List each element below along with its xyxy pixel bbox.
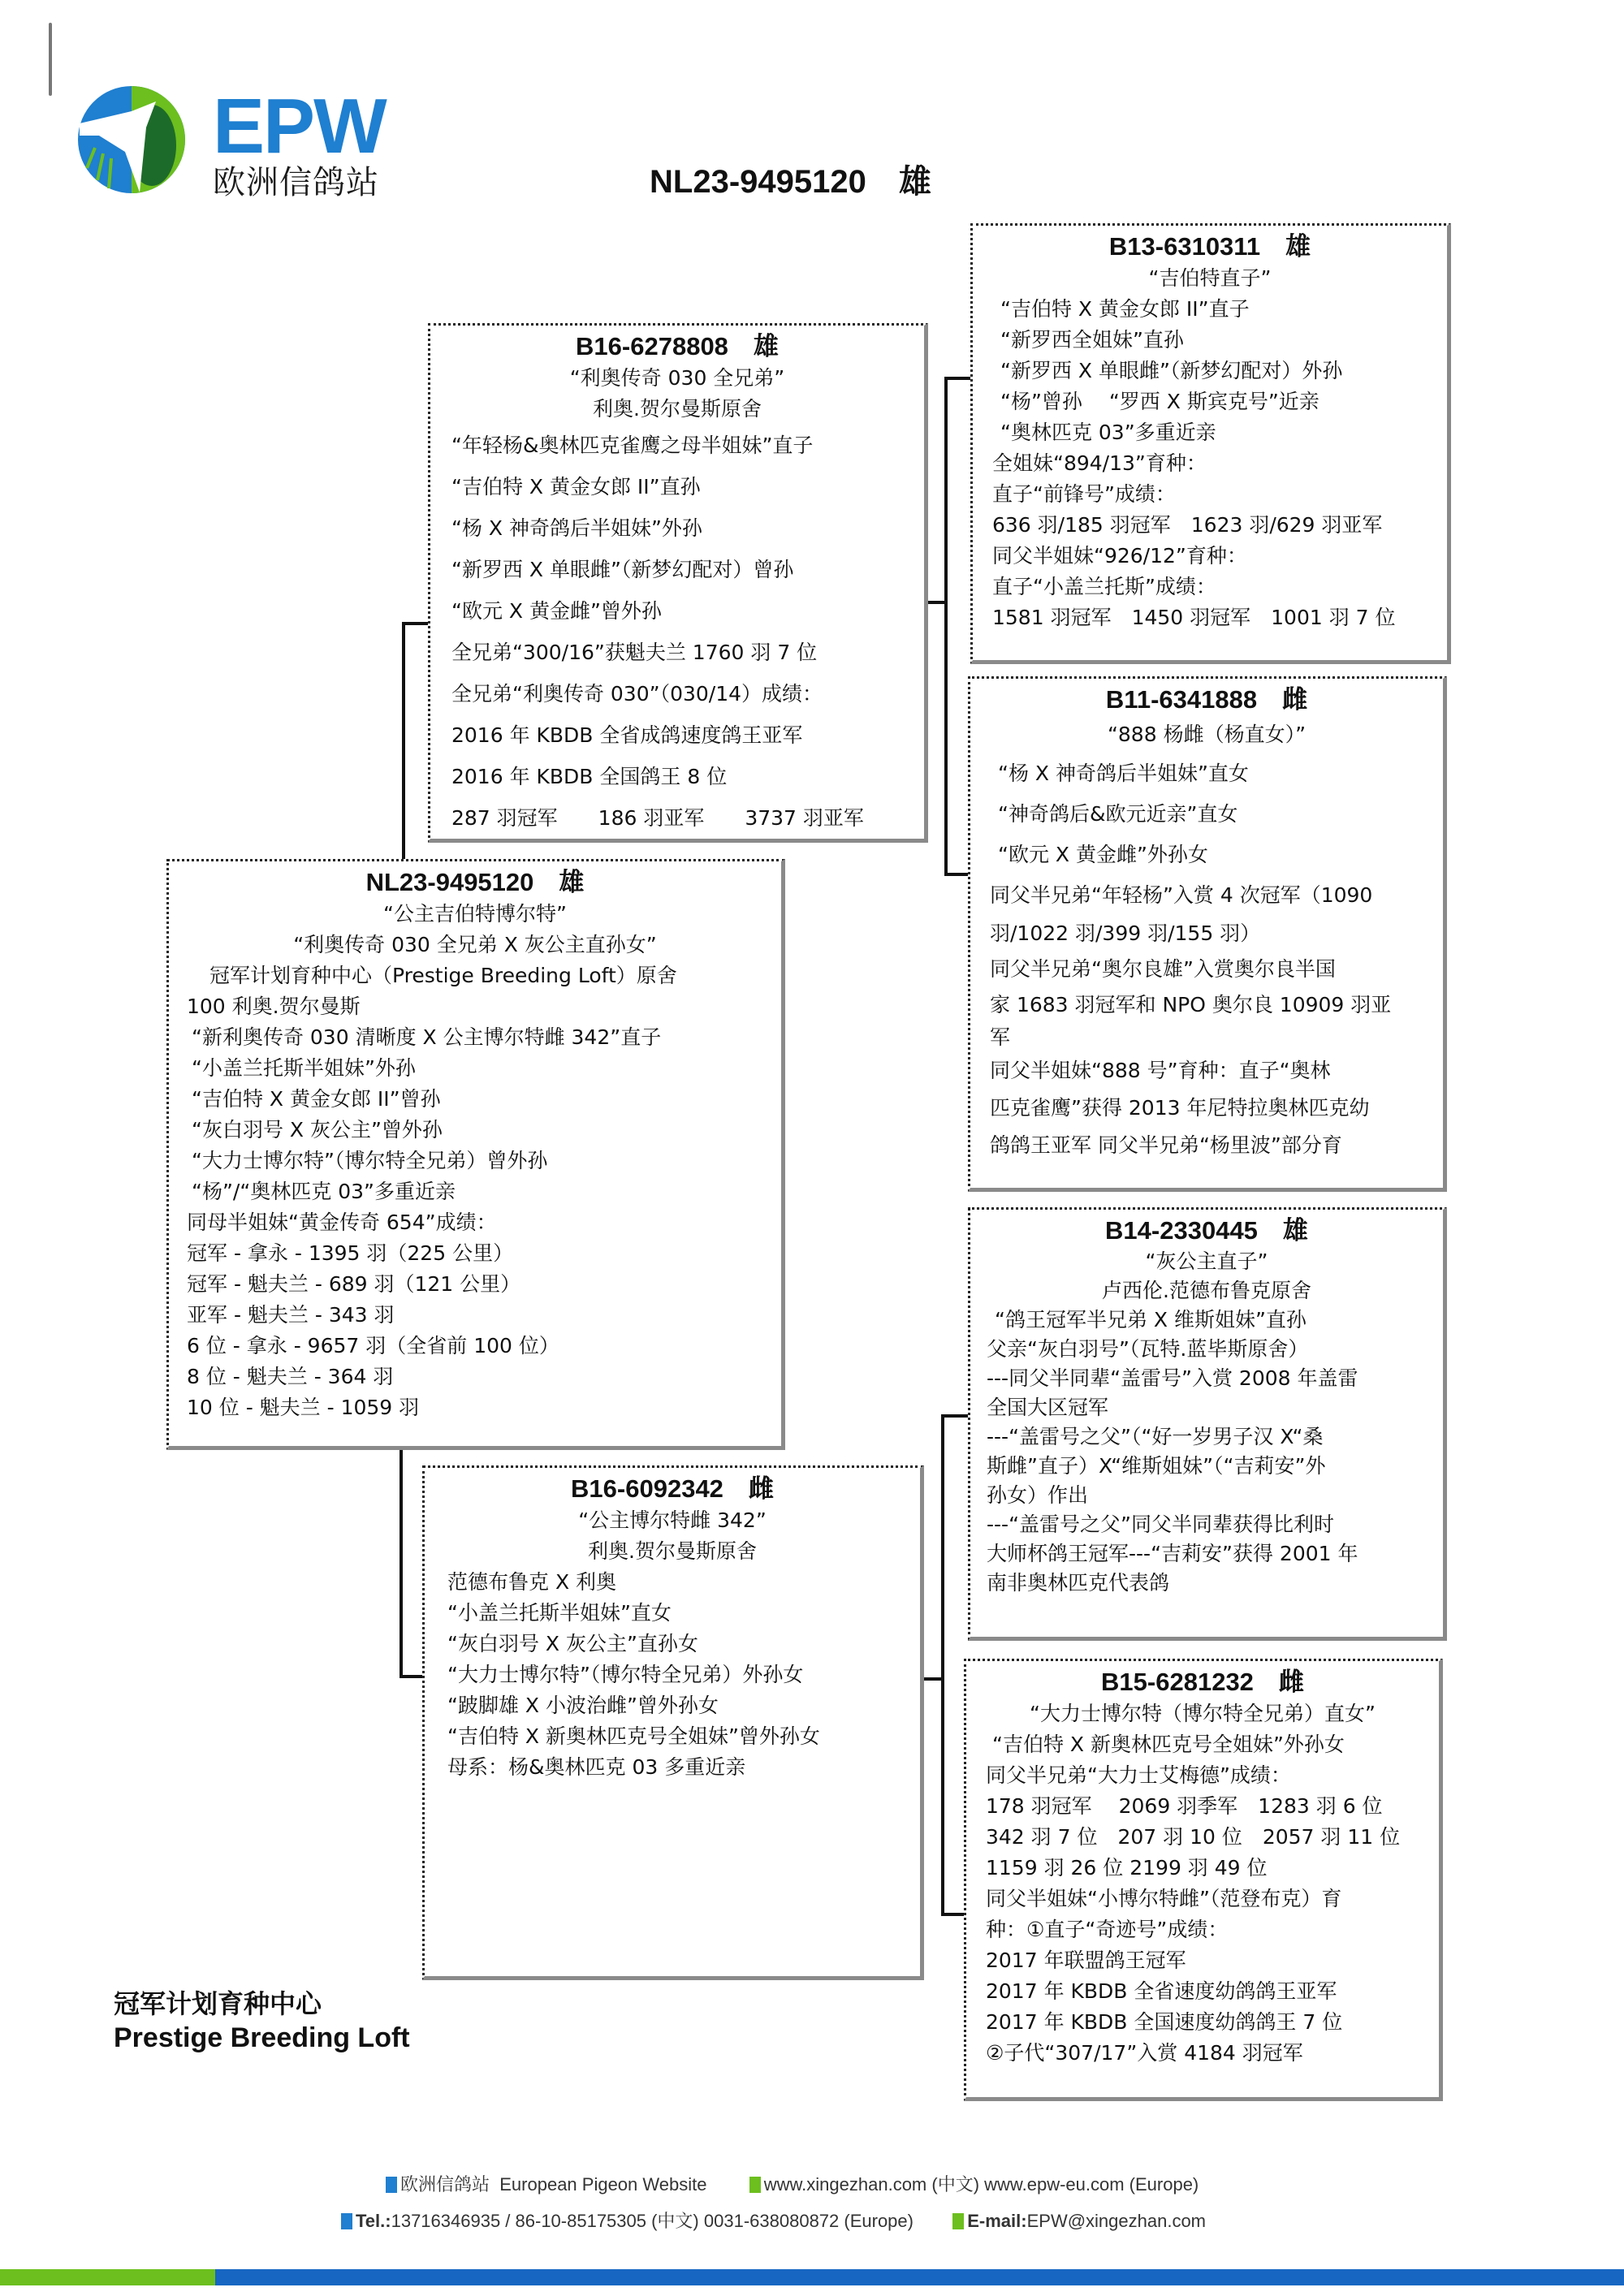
epw-logo-icon <box>75 79 188 201</box>
footer-url-cn[interactable]: www.xingezhan.com (中文) <box>764 2174 979 2195</box>
footer-email[interactable]: EPW@xingezhan.com <box>1027 2211 1206 2231</box>
pedigree-line: 2016 年 KBDB 全省成鸽速度鸽王亚军 <box>451 714 924 756</box>
pedigree-line: 鸽鸽王亚军 同父半兄弟“杨里波”部分育 <box>990 1127 1443 1164</box>
pedigree-line: 匹克雀鹰”获得 2013 年尼特拉奥林匹克幼 <box>990 1090 1443 1127</box>
connector-line <box>944 377 970 380</box>
pedigree-line: “杨”/“奥林匹克 03”多重近亲 <box>192 1176 781 1207</box>
pedigree-line: “年轻杨&奥林匹克雀鹰之母半姐妹”直子 <box>451 425 924 466</box>
pedigree-line: “吉伯特 X 黄金女郎 II”直孙 <box>451 466 924 507</box>
pedigree-line: “欧元 X 黄金雌”曾外孙 <box>451 590 924 632</box>
nickname: “利奥传奇 030 全兄弟” <box>430 363 924 394</box>
footer-tel-eu: 0031-638080872 (Europe) <box>704 2211 914 2231</box>
pedigree-line: “杨 X 神奇鸽后半姐妹”外孙 <box>451 507 924 549</box>
pedigree-line: 同父半兄弟“大力士艾梅德”成绩： <box>986 1760 1439 1791</box>
origin-loft: 冠军计划育种中心（Prestige Breeding Loft）原舍 <box>192 960 781 991</box>
pedigree-line: 军 <box>990 1023 1443 1052</box>
result-line: 2017 年 KBDB 全国速度幼鸽鸽王 7 位 <box>986 2007 1439 2038</box>
footer-stripe-green <box>0 2269 215 2285</box>
pedigree-line: “吉伯特 X 黄金女郎 II”直子 <box>992 294 1447 325</box>
nickname: “灰公主直子” <box>970 1247 1443 1276</box>
pedigree-line: “欧元 X 黄金雌”外孙女 <box>990 835 1443 875</box>
footer-tel-label: Tel.: <box>356 2211 391 2231</box>
pedigree-line: 家 1683 羽冠军和 NPO 奥尔良 10909 羽亚 <box>990 987 1443 1023</box>
footer-url-eu[interactable]: www.epw-eu.com (Europe) <box>984 2174 1199 2195</box>
pedigree-line: “大力士博尔特”（博尔特全兄弟）曾外孙 <box>192 1146 781 1176</box>
green-square-icon <box>749 2177 761 2193</box>
pedigree-line: 孙女）作出 <box>987 1481 1443 1510</box>
pedigree-line: “灰白羽号 X 灰公主”曾外孙 <box>192 1115 781 1146</box>
ring-number: B11-6341888 雌 <box>970 684 1443 716</box>
connector-line <box>402 622 430 625</box>
connector-line <box>941 1414 944 1916</box>
pedigree-line: “吉伯特 X 新奥林匹克号全姐妹”曾外孙女 <box>447 1721 920 1752</box>
footer-tel-cn: 13716346935 / 86-10-85175305 (中文) <box>391 2211 699 2231</box>
footer-stripe-blue <box>215 2269 1624 2285</box>
nickname-subtitle: “利奥传奇 030 全兄弟 X 灰公主直孙女” <box>169 930 781 960</box>
pedigree-line: “小盖兰托斯半姐妹”直女 <box>447 1598 920 1629</box>
pedigree-line: “神奇鸽后&欧元近亲”直女 <box>990 794 1443 835</box>
origin-loft: 利奥.贺尔曼斯原舍 <box>430 394 924 425</box>
result-line: 10 位 - 魁夫兰 - 1059 羽 <box>187 1392 781 1423</box>
pedigree-line: 南非奥林匹克代表鸽 <box>987 1569 1443 1598</box>
logo-chinese-name: 欧洲信鸽站 <box>213 165 379 201</box>
pedigree-line: 287 羽冠军 186 羽亚军 3737 羽亚军 <box>451 797 924 839</box>
pedigree-line: 全姐妹“894/13”育种： <box>992 448 1447 479</box>
connector-line <box>400 1449 403 1678</box>
footer-email-label: E-mail: <box>967 2211 1026 2231</box>
ring-number: B16-6278808 雄 <box>430 330 924 363</box>
blue-square-icon <box>341 2213 352 2229</box>
connector-line <box>941 1414 969 1418</box>
pedigree-line: ---同父半同辈“盖雷号”入赏 2008 年盖雷 <box>987 1364 1443 1393</box>
breeder-name-en: Prestige Breeding Loft <box>114 2022 410 2054</box>
footer-line-1: 欧洲信鸽站 European Pigeon Website www.xingez… <box>386 2173 1199 2196</box>
pedigree-line: 同父半姐妹“926/12”育种： <box>992 541 1447 572</box>
ring-number: B13-6310311 雄 <box>973 231 1447 263</box>
connector-line <box>923 1677 943 1681</box>
pedigree-box-dam-dam: B15-6281232 雌 “大力士博尔特（博尔特全兄弟）直女” “吉伯特 X … <box>964 1659 1443 2101</box>
pedigree-line: ---“盖雷号之父”（“好一岁男子汉 X“桑 <box>987 1422 1443 1452</box>
footer-site-cn: 欧洲信鸽站 <box>400 2174 490 2195</box>
result-line: 1581 羽冠军 1450 羽冠军 1001 羽 7 位 <box>992 602 1447 633</box>
connector-line <box>926 601 946 604</box>
pedigree-line: “吉伯特 X 黄金女郎 II”曾孙 <box>192 1084 781 1115</box>
footer-site-en: European Pigeon Website <box>499 2174 706 2195</box>
pedigree-line: “大力士博尔特”（博尔特全兄弟）外孙女 <box>447 1659 920 1690</box>
pedigree-line: 同父半兄弟“奥尔良雄”入赏奥尔良半国 <box>990 952 1443 987</box>
pedigree-box-subject: NL23-9495120 雄 “公主吉伯特博尔特” “利奥传奇 030 全兄弟 … <box>166 859 785 1450</box>
nickname: “888 杨雌（杨直女）” <box>970 716 1443 753</box>
blue-square-icon <box>386 2177 397 2193</box>
nickname: “公主吉伯特博尔特” <box>169 899 781 930</box>
pedigree-line: “奥林匹克 03”多重近亲 <box>992 417 1447 448</box>
pedigree-line: “灰白羽号 X 灰公主”直孙女 <box>447 1629 920 1659</box>
pedigree-line: “跛脚雄 X 小波治雌”曾外孙女 <box>447 1690 920 1721</box>
pedigree-line: “新罗西全姐妹”直孙 <box>992 325 1447 356</box>
ring-number: B15-6281232 雌 <box>966 1666 1439 1698</box>
pedigree-line: 直子“小盖兰托斯”成绩： <box>992 572 1447 602</box>
pedigree-line: “吉伯特 X 新奥林匹克号全姐妹”外孙女 <box>986 1729 1439 1760</box>
pedigree-line: 2016 年 KBDB 全国鸽王 8 位 <box>451 756 924 797</box>
page-title: NL23-9495120 雄 <box>650 162 931 201</box>
pedigree-line: “新罗西 X 单眼雌”（新梦幻配对）外孙 <box>992 356 1447 386</box>
pedigree-line: 斯雌”直子）X“维斯姐妹”（“吉莉安”外 <box>987 1452 1443 1481</box>
footer-line-2: Tel.:13716346935 / 86-10-85175305 (中文) 0… <box>341 2210 1206 2233</box>
pedigree-box-sire-dam: B11-6341888 雌 “888 杨雌（杨直女）” “杨 X 神奇鸽后半姐妹… <box>968 676 1447 1192</box>
pedigree-line: 同父半姐妹“888 号”育种：直子“奥林 <box>990 1052 1443 1090</box>
result-line: 8 位 - 魁夫兰 - 364 羽 <box>187 1362 781 1392</box>
pedigree-line: “新利奥传奇 030 清晰度 X 公主博尔特雌 342”直子 <box>192 1022 781 1053</box>
breeder-name-cn: 冠军计划育种中心 <box>114 1987 322 2020</box>
pedigree-box-sire: B16-6278808 雄 “利奥传奇 030 全兄弟” 利奥.贺尔曼斯原舍 “… <box>428 323 928 843</box>
pedigree-line: ---“盖雷号之父”同父半同辈获得比利时 <box>987 1510 1443 1539</box>
pedigree-box-sire-sire: B13-6310311 雄 “吉伯特直子” “吉伯特 X 黄金女郎 II”直子 … <box>970 223 1451 664</box>
result-line: 亚军 - 魁夫兰 - 343 羽 <box>187 1300 781 1331</box>
result-line: 178 羽冠军 2069 羽季军 1283 羽 6 位 <box>986 1791 1439 1822</box>
nickname: “吉伯特直子” <box>973 263 1447 294</box>
result-line: 342 羽 7 位 207 羽 10 位 2057 羽 11 位 <box>986 1822 1439 1853</box>
pedigree-line: “鸽王冠军半兄弟 X 维斯姐妹”直孙 <box>987 1306 1443 1335</box>
green-square-icon <box>952 2213 964 2229</box>
result-line: 1159 羽 26 位 2199 羽 49 位 <box>986 1853 1439 1884</box>
ring-number: B14-2330445 雄 <box>970 1215 1443 1247</box>
origin-loft-owner: 100 利奥.贺尔曼斯 <box>187 991 781 1022</box>
pedigree-line: 羽/1022 羽/399 羽/155 羽） <box>990 916 1443 952</box>
pedigree-line: 全国大区冠军 <box>987 1393 1443 1422</box>
origin-loft: 利奥.贺尔曼斯原舍 <box>425 1536 920 1567</box>
connector-line <box>402 622 405 861</box>
origin-loft: 卢西伦.范德布鲁克原舍 <box>970 1276 1443 1306</box>
result-line: 冠军 - 拿永 - 1395 羽（225 公里） <box>187 1238 781 1269</box>
pedigree-box-dam: B16-6092342 雌 “公主博尔特雌 342” 利奥.贺尔曼斯原舍 范德布… <box>422 1465 924 1980</box>
ring-number: B16-6092342 雌 <box>425 1473 920 1505</box>
pedigree-line: 母系：杨&奥林匹克 03 多重近亲 <box>447 1752 920 1783</box>
result-line: 2017 年联盟鸽王冠军 <box>986 1945 1439 1976</box>
ring-number: NL23-9495120 雄 <box>169 866 781 899</box>
result-line: 冠军 - 魁夫兰 - 689 羽（121 公里） <box>187 1269 781 1300</box>
pedigree-line: 全兄弟“利奥传奇 030”（030/14）成绩： <box>451 673 924 714</box>
pedigree-line: “新罗西 X 单眼雌”（新梦幻配对）曾孙 <box>451 549 924 590</box>
pedigree-line: 范德布鲁克 X 利奥 <box>447 1567 920 1598</box>
results-heading: 同母半姐妹“黄金传奇 654”成绩： <box>187 1207 781 1238</box>
result-line: 6 位 - 拿永 - 9657 羽（全省前 100 位） <box>187 1331 781 1362</box>
pedigree-line: “杨”曾孙 “罗西 X 斯宾克号”近亲 <box>992 386 1447 417</box>
pedigree-line: 全兄弟“300/16”获魁夫兰 1760 羽 7 位 <box>451 632 924 673</box>
scan-artifact-mark <box>49 23 52 96</box>
pedigree-box-dam-sire: B14-2330445 雄 “灰公主直子” 卢西伦.范德布鲁克原舍 “鸽王冠军半… <box>968 1207 1447 1641</box>
pedigree-line: 直子“前锋号”成绩： <box>992 479 1447 510</box>
nickname: “大力士博尔特（博尔特全兄弟）直女” <box>966 1698 1439 1729</box>
pedigree-line: “小盖兰托斯半姐妹”外孙 <box>192 1053 781 1084</box>
logo-wordmark: EPW <box>213 88 386 166</box>
pedigree-line: 同父半兄弟“年轻杨”入赏 4 次冠军（1090 <box>990 875 1443 916</box>
pedigree-line: 同父半姐妹“小博尔特雌”（范登布克）育 <box>986 1884 1439 1914</box>
result-line: 636 羽/185 羽冠军 1623 羽/629 羽亚军 <box>992 510 1447 541</box>
connector-line <box>944 377 948 876</box>
connector-line <box>944 873 970 876</box>
nickname: “公主博尔特雌 342” <box>425 1505 920 1536</box>
pedigree-line: 父亲“灰白羽号”（瓦特.蓝毕斯原舍） <box>987 1335 1443 1364</box>
pedigree-line: “杨 X 神奇鸽后半姐妹”直女 <box>990 753 1443 794</box>
pedigree-line: 大师杯鸽王冠军---“吉莉安”获得 2001 年 <box>987 1539 1443 1569</box>
pedigree-line: 种：①直子“奇迹号”成绩： <box>986 1914 1439 1945</box>
result-line: ②子代“307/17”入赏 4184 羽冠军 <box>986 2038 1439 2069</box>
result-line: 2017 年 KBDB 全省速度幼鸽鸽王亚军 <box>986 1976 1439 2007</box>
